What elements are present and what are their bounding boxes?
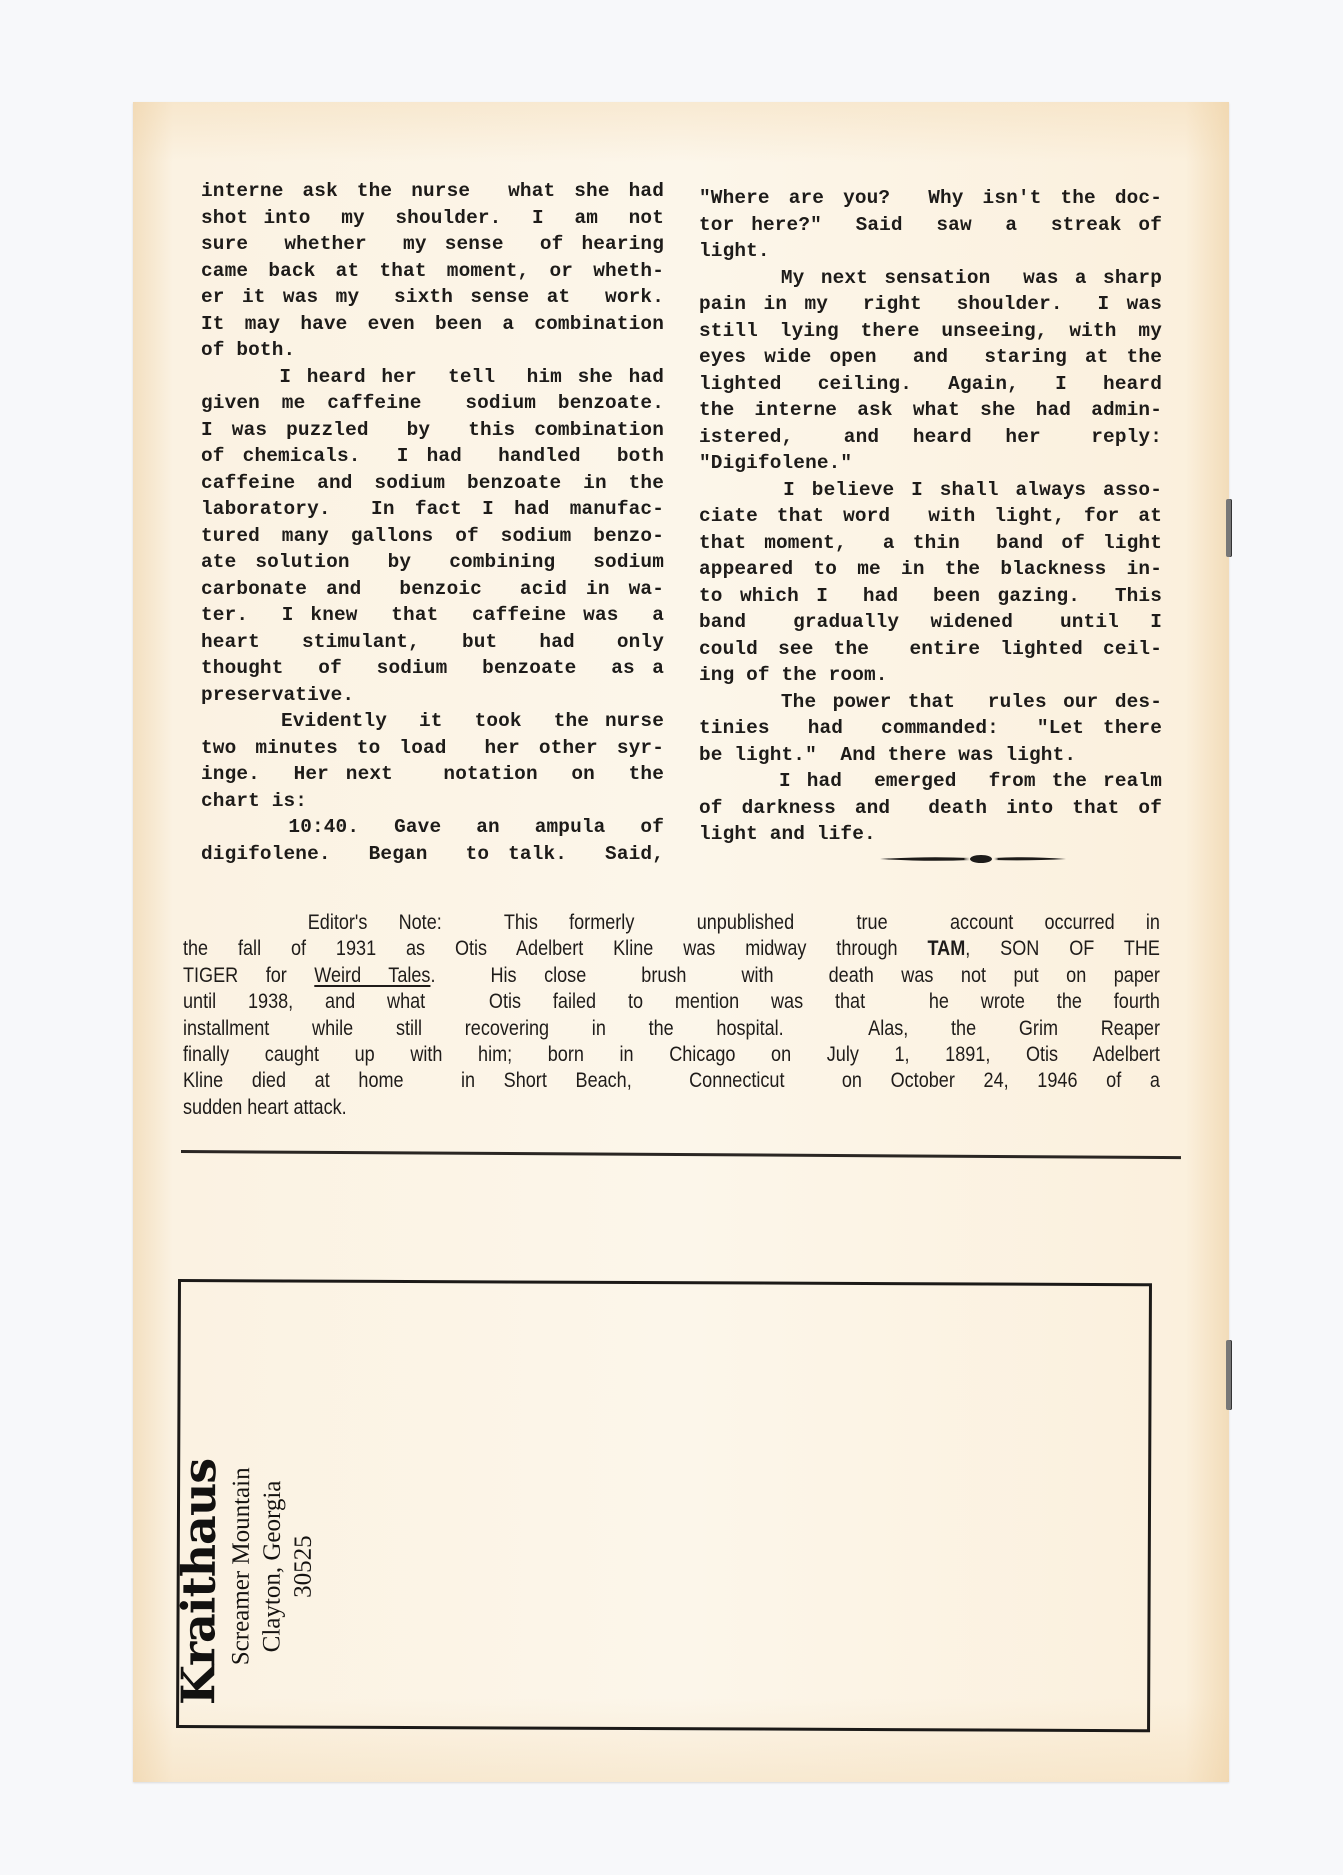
text-line: istered, and heard her reply: bbox=[699, 424, 1162, 451]
address-line: Screamer Mountain bbox=[225, 1441, 257, 1691]
editors-note: Editor's Note: This formerly unpublished… bbox=[183, 910, 1160, 1121]
text-line: lighted ceiling. Again, I heard bbox=[699, 371, 1162, 398]
text-line: to which I had been gazing. This bbox=[699, 583, 1162, 610]
note-line: installment while still recovering in th… bbox=[183, 1016, 1160, 1042]
text-line: two minutes to load her other syr- bbox=[201, 735, 664, 762]
right-text-column: "Where are you? Why isn't the doc-tor he… bbox=[699, 185, 1162, 848]
text-line: tor here?" Said saw a streak of bbox=[699, 212, 1162, 239]
address-line: 30525 bbox=[287, 1441, 319, 1691]
end-ornament-divider bbox=[878, 852, 1068, 866]
text-line: tured many gallons of sodium benzo- bbox=[201, 523, 664, 550]
text-line: The power that rules our des- bbox=[699, 689, 1162, 716]
note-line: the fall of 1931 as Otis Adelbert Kline … bbox=[183, 936, 1160, 962]
text-line: "Where are you? Why isn't the doc- bbox=[699, 185, 1162, 212]
text-line: It may have even been a combination bbox=[201, 311, 664, 338]
text-line: I heard her tell him she had bbox=[201, 364, 664, 391]
text-line: I believe I shall always asso- bbox=[699, 477, 1162, 504]
text-line: that moment, a thin band of light bbox=[699, 530, 1162, 557]
text-line: of both. bbox=[201, 337, 664, 364]
text-line: given me caffeine sodium benzoate. bbox=[201, 390, 664, 417]
magazine-page: interne ask the nurse what she hadshot i… bbox=[133, 102, 1229, 1782]
text-line: er it was my sixth sense at work. bbox=[201, 284, 664, 311]
publisher-imprint: Kraithaus Screamer Mountain Clayton, Geo… bbox=[173, 1365, 324, 1706]
text-line: shot into my shoulder. I am not bbox=[201, 205, 664, 232]
text-line: heart stimulant, but had only bbox=[201, 629, 664, 656]
text-line: My next sensation was a sharp bbox=[699, 265, 1162, 292]
text-line: I had emerged from the realm bbox=[699, 768, 1162, 795]
text-line: light. bbox=[699, 238, 1162, 265]
magazine-title: Weird Tales bbox=[314, 964, 430, 987]
text-line: eyes wide open and staring at the bbox=[699, 344, 1162, 371]
story-title: TAM bbox=[927, 937, 965, 960]
text-line: came back at that moment, or wheth- bbox=[201, 258, 664, 285]
note-line: Editor's Note: This formerly unpublished… bbox=[183, 910, 1160, 936]
note-line: until 1938, and what Otis failed to ment… bbox=[183, 989, 1160, 1015]
text-line: band gradually widened until I bbox=[699, 609, 1162, 636]
publisher-name: Kraithaus bbox=[173, 1459, 224, 1706]
text-line: ter. I knew that caffeine was a bbox=[201, 602, 664, 629]
text-line: interne ask the nurse what she had bbox=[201, 178, 664, 205]
text-line: be light." And there was light. bbox=[699, 742, 1162, 769]
text-line: ate solution by combining sodium bbox=[201, 549, 664, 576]
text-line: carbonate and benzoic acid in wa- bbox=[201, 576, 664, 603]
text-line: laboratory. In fact I had manufac- bbox=[201, 496, 664, 523]
text-line: preservative. bbox=[201, 682, 664, 709]
text-line: digifolene. Began to talk. Said, bbox=[201, 841, 664, 868]
staple-bottom bbox=[1226, 1340, 1232, 1410]
publisher-imprint-box: Kraithaus Screamer Mountain Clayton, Geo… bbox=[176, 1279, 1152, 1732]
text-line: still lying there unseeing, with my bbox=[699, 318, 1162, 345]
note-line: finally caught up with him; born in Chic… bbox=[183, 1042, 1160, 1068]
publisher-address: Screamer Mountain Clayton, Georgia 30525 bbox=[225, 1441, 319, 1691]
left-text-column: interne ask the nurse what she hadshot i… bbox=[201, 178, 664, 867]
text-line: ing of the room. bbox=[699, 662, 1162, 689]
section-divider-rule bbox=[181, 1150, 1181, 1159]
text-line: tinies had commanded: "Let there bbox=[699, 715, 1162, 742]
text-line: I was puzzled by this combination bbox=[201, 417, 664, 444]
note-line: sudden heart attack. bbox=[183, 1095, 1160, 1121]
text-line: inge. Her next notation on the bbox=[201, 761, 664, 788]
text-line: could see the entire lighted ceil- bbox=[699, 636, 1162, 663]
text-line: light and life. bbox=[699, 821, 1162, 848]
address-line: Clayton, Georgia bbox=[256, 1441, 288, 1691]
text-line: pain in my right shoulder. I was bbox=[699, 291, 1162, 318]
text-line: the interne ask what she had admin- bbox=[699, 397, 1162, 424]
text-line: ciate that word with light, for at bbox=[699, 503, 1162, 530]
text-line: 10:40. Gave an ampula of bbox=[201, 814, 664, 841]
text-line: of darkness and death into that of bbox=[699, 795, 1162, 822]
text-line: caffeine and sodium benzoate in the bbox=[201, 470, 664, 497]
text-line: chart is: bbox=[201, 788, 664, 815]
note-line: Kline died at home in Short Beach, Conne… bbox=[183, 1068, 1160, 1094]
note-line: TIGER for Weird Tales. His close brush w… bbox=[183, 963, 1160, 989]
text-line: of chemicals. I had handled both bbox=[201, 443, 664, 470]
text-line: appeared to me in the blackness in- bbox=[699, 556, 1162, 583]
staple-top bbox=[1226, 499, 1232, 557]
text-line: sure whether my sense of hearing bbox=[201, 231, 664, 258]
text-line: thought of sodium benzoate as a bbox=[201, 655, 664, 682]
text-line: Evidently it took the nurse bbox=[201, 708, 664, 735]
text-line: "Digifolene." bbox=[699, 450, 1162, 477]
